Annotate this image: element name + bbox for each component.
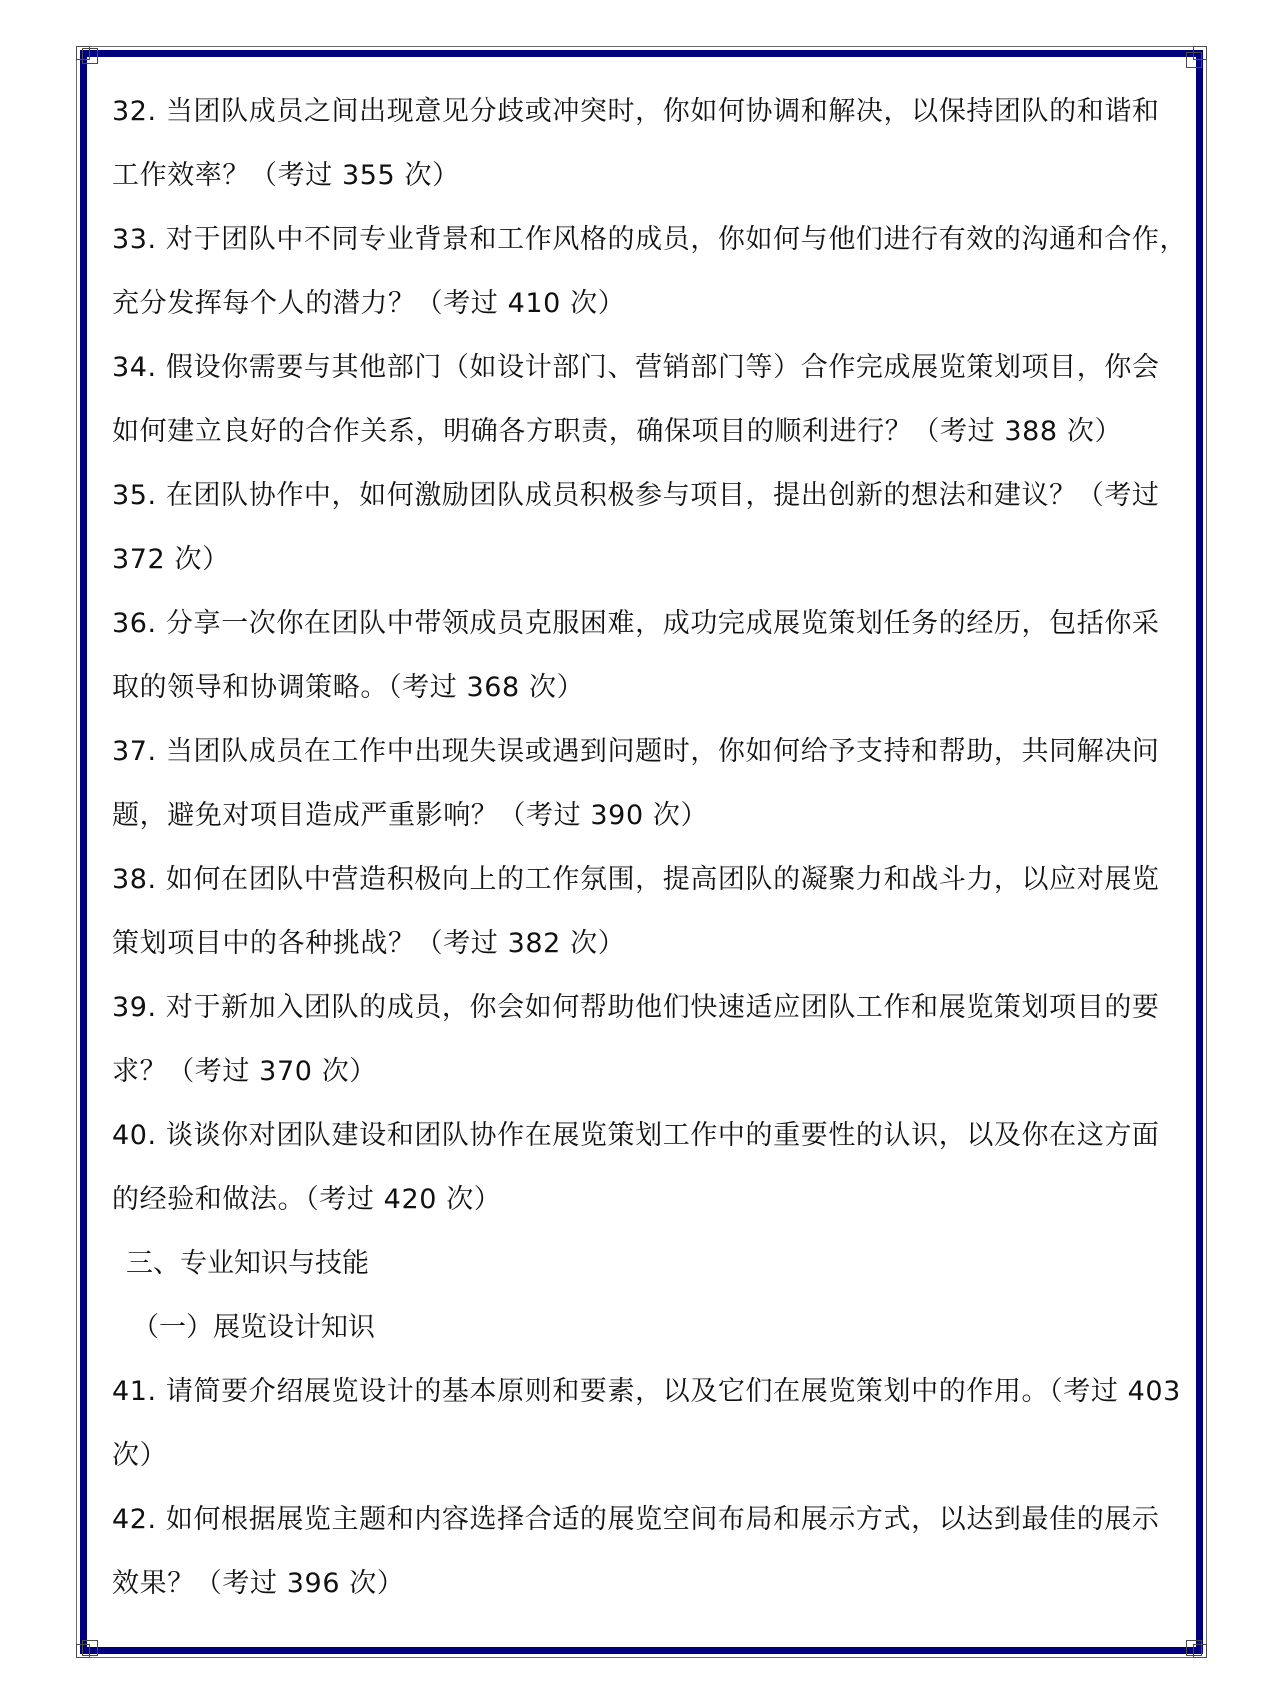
question-42: 42. 如何根据展览主题和内容选择合适的展览空间布局和展示方式，以达到最佳的展示… xyxy=(112,1488,1184,1616)
question-line: 40. 谈谈你对团队建设和团队协作在展览策划工作中的重要性的认识，以及你在这方面 xyxy=(112,1104,1184,1168)
question-line: 42. 如何根据展览主题和内容选择合适的展览空间布局和展示方式，以达到最佳的展示 xyxy=(112,1488,1184,1552)
question-line: 37. 当团队成员在工作中出现失误或遇到问题时，你如何给予支持和帮助，共同解决问 xyxy=(112,720,1184,784)
question-line: 34. 假设你需要与其他部门（如设计部门、营销部门等）合作完成展览策划项目，你会 xyxy=(112,336,1184,400)
question-line: 的经验和做法。（考过 420 次） xyxy=(112,1168,1184,1232)
question-41: 41. 请简要介绍展览设计的基本原则和要素，以及它们在展览策划中的作用。（考过 … xyxy=(112,1360,1184,1488)
section-heading: 三、专业知识与技能 xyxy=(112,1232,1184,1296)
question-line: 取的领导和协调策略。（考过 368 次） xyxy=(112,656,1184,720)
question-40: 40. 谈谈你对团队建设和团队协作在展览策划工作中的重要性的认识，以及你在这方面… xyxy=(112,1104,1184,1232)
corner-ornament-top-right-inner xyxy=(1186,52,1202,68)
question-line: 36. 分享一次你在团队中带领成员克服困难，成功完成展览策划任务的经历，包括你采 xyxy=(112,592,1184,656)
corner-ornament-bottom-right-inner xyxy=(1186,1640,1202,1656)
question-line: 33. 对于团队中不同专业背景和工作风格的成员，你如何与他们进行有效的沟通和合作… xyxy=(112,208,1184,272)
corner-ornament-top-left-inner xyxy=(82,48,98,64)
question-line: 充分发挥每个人的潜力？（考过 410 次） xyxy=(112,272,1184,336)
question-34: 34. 假设你需要与其他部门（如设计部门、营销部门等）合作完成展览策划项目，你会… xyxy=(112,336,1184,464)
question-line: 35. 在团队协作中，如何激励团队成员积极参与项目，提出创新的想法和建议？（考过 xyxy=(112,464,1184,528)
document-body: 32. 当团队成员之间出现意见分歧或冲突时，你如何协调和解决，以保持团队的和谐和… xyxy=(112,80,1184,1616)
question-line: 次） xyxy=(112,1424,1184,1488)
question-line: 32. 当团队成员之间出现意见分歧或冲突时，你如何协调和解决，以保持团队的和谐和 xyxy=(112,80,1184,144)
question-line: 效果？（考过 396 次） xyxy=(112,1552,1184,1616)
question-line: 策划项目中的各种挑战？（考过 382 次） xyxy=(112,912,1184,976)
question-line: 372 次） xyxy=(112,528,1184,592)
corner-ornament-bottom-left-inner xyxy=(82,1640,98,1656)
question-line: 39. 对于新加入团队的成员，你会如何帮助他们快速适应团队工作和展览策划项目的要 xyxy=(112,976,1184,1040)
question-35: 35. 在团队协作中，如何激励团队成员积极参与项目，提出创新的想法和建议？（考过… xyxy=(112,464,1184,592)
question-line: 求？（考过 370 次） xyxy=(112,1040,1184,1104)
question-39: 39. 对于新加入团队的成员，你会如何帮助他们快速适应团队工作和展览策划项目的要… xyxy=(112,976,1184,1104)
question-line: 41. 请简要介绍展览设计的基本原则和要素，以及它们在展览策划中的作用。（考过 … xyxy=(112,1360,1184,1424)
question-36: 36. 分享一次你在团队中带领成员克服困难，成功完成展览策划任务的经历，包括你采… xyxy=(112,592,1184,720)
question-33: 33. 对于团队中不同专业背景和工作风格的成员，你如何与他们进行有效的沟通和合作… xyxy=(112,208,1184,336)
question-line: 题，避免对项目造成严重影响？（考过 390 次） xyxy=(112,784,1184,848)
question-38: 38. 如何在团队中营造积极向上的工作氛围，提高团队的凝聚力和战斗力，以应对展览… xyxy=(112,848,1184,976)
question-37: 37. 当团队成员在工作中出现失误或遇到问题时，你如何给予支持和帮助，共同解决问… xyxy=(112,720,1184,848)
question-line: 工作效率？（考过 355 次） xyxy=(112,144,1184,208)
question-line: 如何建立良好的合作关系，明确各方职责，确保项目的顺利进行？（考过 388 次） xyxy=(112,400,1184,464)
question-line: 38. 如何在团队中营造积极向上的工作氛围，提高团队的凝聚力和战斗力，以应对展览 xyxy=(112,848,1184,912)
question-32: 32. 当团队成员之间出现意见分歧或冲突时，你如何协调和解决，以保持团队的和谐和… xyxy=(112,80,1184,208)
subsection-heading: （一）展览设计知识 xyxy=(112,1296,1184,1360)
